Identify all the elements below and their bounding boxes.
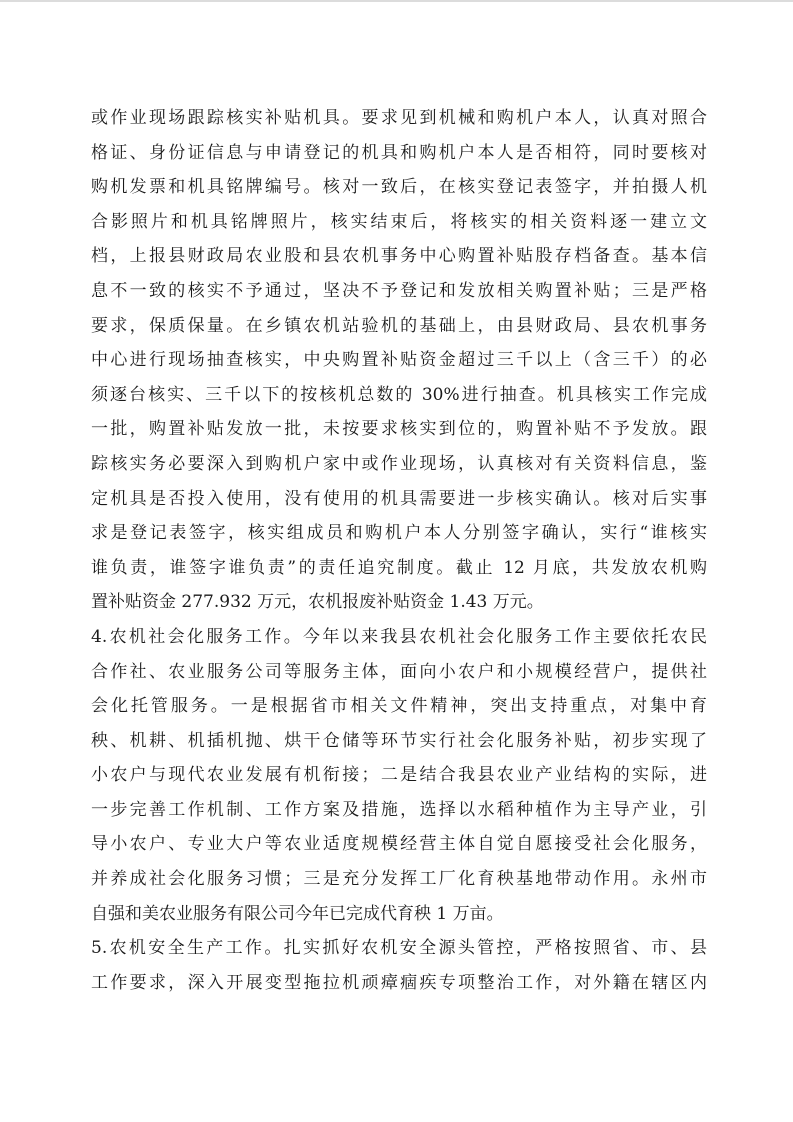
item-4-socialized-service-paragraph: 4.农机社会化服务工作。今年以来我县农机社会化服务工作主要依托农民合作社、农业服…: [91, 620, 707, 931]
text-line: 定机具是否投入使用，没有使用的机具需要进一步核实确认。核对后实事: [91, 482, 707, 517]
document-page: 或作业现场跟踪核实补贴机具。要求见到机械和购机户本人，认真对照合格证、身份证信息…: [0, 0, 793, 1122]
text-line: 会化托管服务。一是根据省市相关文件精神，突出支持重点，对集中育: [91, 689, 707, 724]
text-line: 谁负责，谁签字谁负责”的责任追究制度。截止 12 月底，共发放农机购: [91, 551, 707, 586]
page-top-edge-divider: [0, 0, 793, 2]
text-line: 踪核实务必要深入到购机户家中或作业现场，认真核对有关资料信息，鉴: [91, 447, 707, 482]
text-line: 小农户与现代农业发展有机衔接；二是结合我县农业产业结构的实际，进: [91, 758, 707, 793]
document-body-text: 或作业现场跟踪核实补贴机具。要求见到机械和购机户本人，认真对照合格证、身份证信息…: [91, 101, 707, 1000]
purchase-subsidy-verification-paragraph: 或作业现场跟踪核实补贴机具。要求见到机械和购机户本人，认真对照合格证、身份证信息…: [91, 101, 707, 620]
text-line: 导小农户、专业大户等农业适度规模经营主体自觉自愿接受社会化服务，: [91, 827, 707, 862]
text-line: 秧、机耕、机插机抛、烘干仓储等环节实行社会化服务补贴，初步实现了: [91, 724, 707, 759]
text-line: 置补贴资金 277.932 万元，农机报废补贴资金 1.43 万元。: [91, 585, 707, 620]
text-line: 须逐台核实、三千以下的按核机总数的 30%进行抽查。机具核实工作完成: [91, 378, 707, 413]
text-line: 息不一致的核实不予通过，坚决不予登记和发放相关购置补贴；三是严格: [91, 274, 707, 309]
text-line: 5.农机安全生产工作。扎实抓好农机安全源头管控，严格按照省、市、县: [91, 931, 707, 966]
text-line: 合作社、农业服务公司等服务主体，面向小农户和小规模经营户，提供社: [91, 655, 707, 690]
text-line: 4.农机社会化服务工作。今年以来我县农机社会化服务工作主要依托农民: [91, 620, 707, 655]
text-line: 工作要求，深入开展变型拖拉机顽瘴痼疾专项整治工作，对外籍在辖区内: [91, 966, 707, 1001]
text-line: 求是登记表签字，核实组成员和购机户本人分别签字确认，实行“谁核实: [91, 516, 707, 551]
text-line: 要求，保质保量。在乡镇农机站验机的基础上，由县财政局、县农机事务: [91, 309, 707, 344]
text-line: 一批，购置补贴发放一批，未按要求核实到位的，购置补贴不予发放。跟: [91, 412, 707, 447]
text-line: 档，上报县财政局农业股和县农机事务中心购置补贴股存档备查。基本信: [91, 239, 707, 274]
text-line: 中心进行现场抽查核实，中央购置补贴资金超过三千以上（含三千）的必: [91, 343, 707, 378]
item-5-safety-production-paragraph: 5.农机安全生产工作。扎实抓好农机安全源头管控，严格按照省、市、县工作要求，深入…: [91, 931, 707, 1000]
text-line: 并养成社会化服务习惯；三是充分发挥工厂化育秧基地带动作用。永州市: [91, 862, 707, 897]
text-line: 一步完善工作机制、工作方案及措施，选择以水稻种植作为主导产业，引: [91, 793, 707, 828]
text-line: 购机发票和机具铭牌编号。核对一致后，在核实登记表签字，并拍摄人机: [91, 170, 707, 205]
text-line: 合影照片和机具铭牌照片，核实结束后，将核实的相关资料逐一建立文: [91, 205, 707, 240]
text-line: 或作业现场跟踪核实补贴机具。要求见到机械和购机户本人，认真对照合: [91, 101, 707, 136]
text-line: 自强和美农业服务有限公司今年已完成代育秧 1 万亩。: [91, 897, 707, 932]
text-line: 格证、身份证信息与申请登记的机具和购机户本人是否相符，同时要核对: [91, 136, 707, 171]
